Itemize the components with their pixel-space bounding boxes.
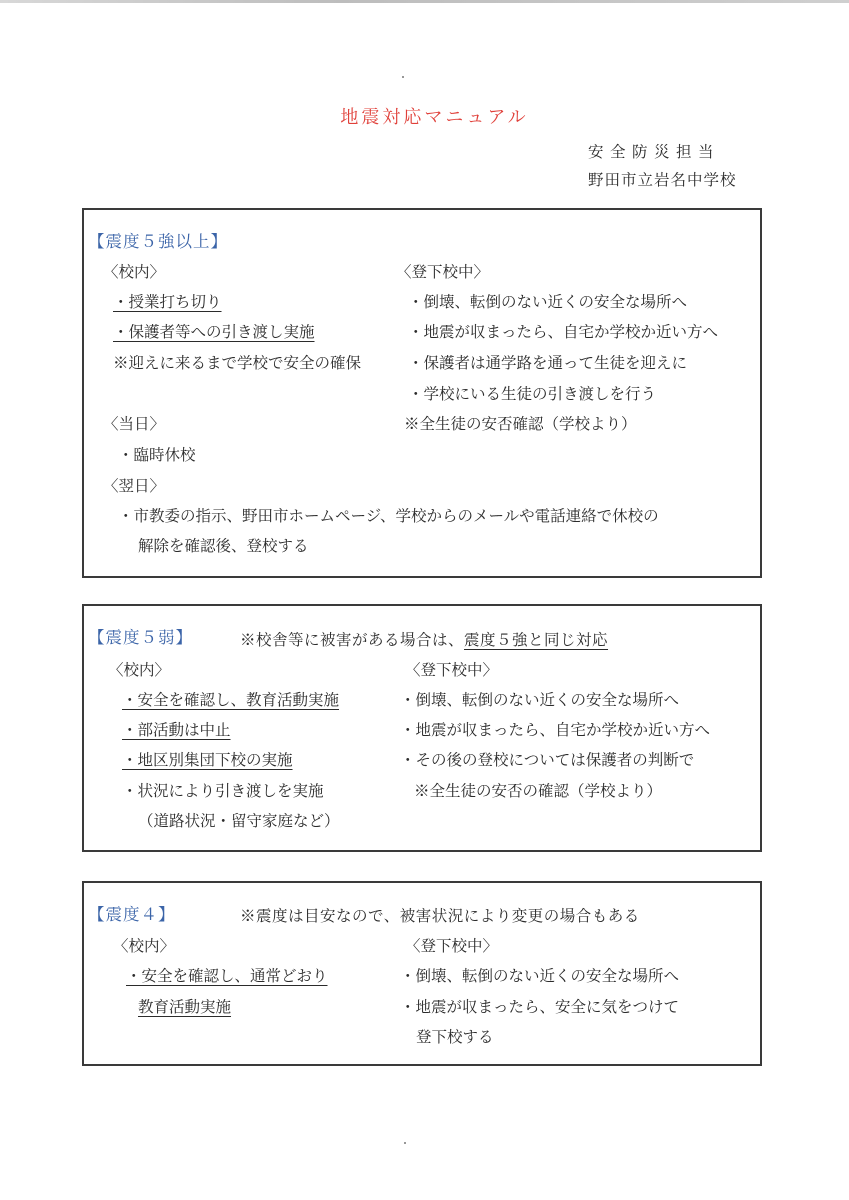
list-item: ・部活動は中止 bbox=[122, 720, 231, 740]
list-item: ・市教委の指示、野田市ホームページ、学校からのメールや電話連絡で休校の bbox=[118, 506, 659, 526]
list-item-continued: （道路状況・留守家庭など） bbox=[138, 811, 340, 831]
department-label: 安全防災担当 bbox=[588, 138, 737, 166]
label-commuting: 〈登下校中〉 bbox=[405, 936, 498, 956]
list-item: ・保護者は通学路を通って生徒を迎えに bbox=[408, 353, 687, 373]
list-item: ・状況により引き渡しを実施 bbox=[122, 781, 324, 801]
list-item: ・臨時休校 bbox=[118, 445, 196, 465]
list-item: ※迎えに来るまで学校で安全の確保 bbox=[113, 353, 361, 373]
scan-edge bbox=[0, 0, 849, 3]
section-note: ※震度は目安なので、被害状況により変更の場合もある bbox=[240, 906, 640, 926]
list-item: ・倒壊、転倒のない近くの安全な場所へ bbox=[400, 690, 679, 710]
list-item: ・安全を確認し、通常どおり bbox=[126, 966, 328, 986]
list-item: ・倒壊、転倒のない近くの安全な場所へ bbox=[400, 966, 679, 986]
document-title: 地震対応マニュアル bbox=[0, 103, 849, 129]
list-item: ※全生徒の安否確認（学校より） bbox=[404, 414, 637, 434]
list-item-continued: 教育活動実施 bbox=[138, 997, 231, 1017]
list-item: ・地震が収まったら、自宅か学校か近い方へ bbox=[408, 322, 718, 342]
school-name: 野田市立岩名中学校 bbox=[588, 166, 737, 194]
label-in-school: 〈校内〉 bbox=[103, 262, 165, 282]
list-item: ・学校にいる生徒の引き渡しを行う bbox=[408, 384, 656, 404]
list-item-continued: 解除を確認後、登校する bbox=[138, 536, 309, 556]
list-item: ・地震が収まったら、安全に気をつけて bbox=[400, 997, 679, 1017]
label-same-day: 〈当日〉 bbox=[103, 414, 165, 434]
scan-speck bbox=[404, 1142, 406, 1144]
note-emphasis: 震度５強と同じ対応 bbox=[464, 631, 608, 649]
label-in-school: 〈校内〉 bbox=[108, 660, 170, 680]
list-item: ・倒壊、転倒のない近くの安全な場所へ bbox=[408, 292, 687, 312]
list-item: ・保護者等への引き渡し実施 bbox=[113, 322, 315, 342]
section-note: ※校舎等に被害がある場合は、震度５強と同じ対応 bbox=[240, 630, 608, 650]
label-commuting: 〈登下校中〉 bbox=[405, 660, 498, 680]
list-item: ・地震が収まったら、自宅か学校か近い方へ bbox=[400, 720, 710, 740]
label-in-school: 〈校内〉 bbox=[113, 936, 175, 956]
author-block: 安全防災担当 野田市立岩名中学校 bbox=[588, 138, 737, 194]
list-item: ・授業打ち切り bbox=[113, 292, 222, 312]
label-commuting: 〈登下校中〉 bbox=[396, 262, 489, 282]
section-heading: 【震度５弱】 bbox=[88, 628, 193, 648]
list-item: ※全生徒の安否の確認（学校より） bbox=[414, 781, 662, 801]
section-heading: 【震度４】 bbox=[88, 905, 176, 925]
list-item: ・安全を確認し、教育活動実施 bbox=[122, 690, 339, 710]
list-item-continued: 登下校する bbox=[416, 1027, 494, 1047]
section-heading: 【震度５強以上】 bbox=[88, 232, 228, 252]
scan-speck bbox=[402, 76, 404, 78]
label-next-day: 〈翌日〉 bbox=[103, 476, 165, 496]
list-item: ・地区別集団下校の実施 bbox=[122, 750, 293, 770]
note-text: ※校舎等に被害がある場合は、 bbox=[240, 631, 464, 649]
list-item: ・その後の登校については保護者の判断で bbox=[400, 750, 694, 770]
